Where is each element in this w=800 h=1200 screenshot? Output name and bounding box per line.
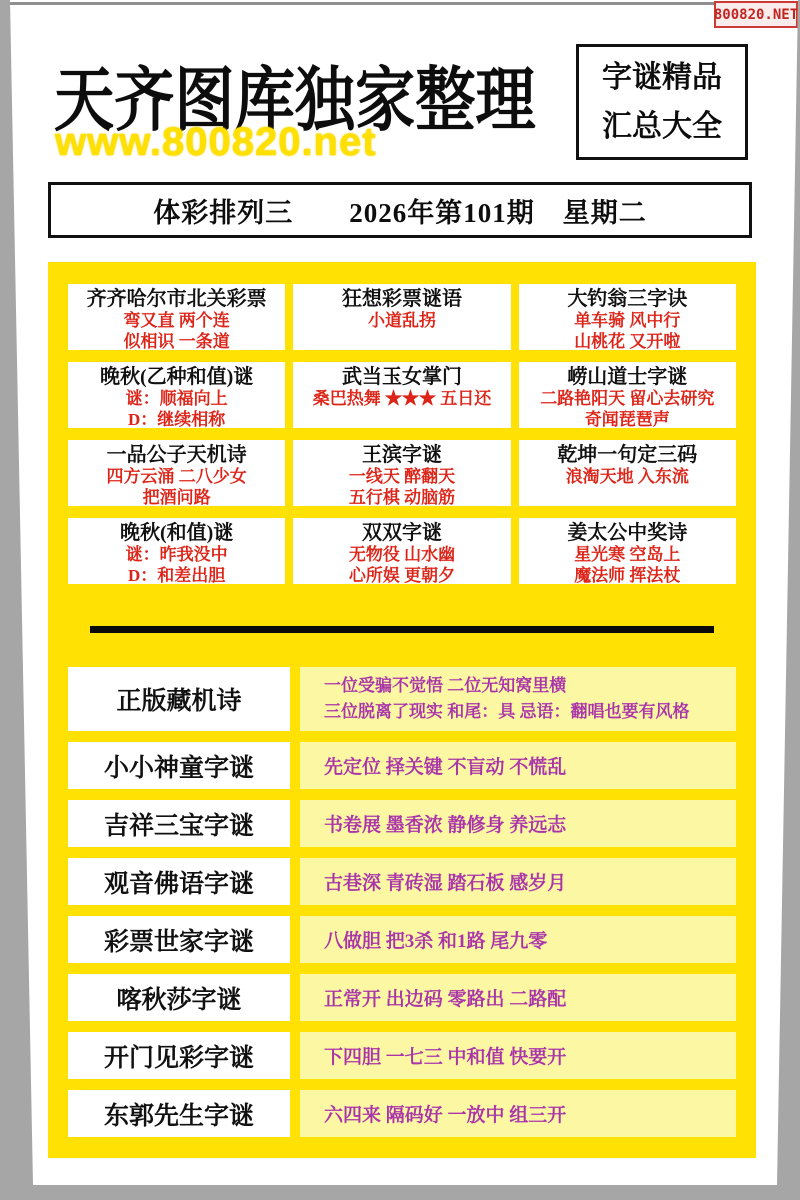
riddle-cell: 狂想彩票谜语小道乱拐	[293, 284, 510, 350]
riddle-cell: 晚秋(乙种和值)谜谜：顺福向上D：继续相称	[68, 362, 285, 428]
riddle-cell: 王滨字谜一线天 醉翻天五行棋 动脑筋	[293, 440, 510, 506]
riddle-cell-title: 双双字谜	[295, 521, 508, 545]
riddle-cell-clue: 山桃花 又开啦	[521, 332, 734, 350]
riddle-cell-clue: 五行棋 动脑筋	[295, 488, 508, 506]
list-row-title: 小小神童字谜	[68, 742, 290, 789]
list-row-title: 喀秋莎字谜	[68, 974, 290, 1021]
riddle-cell-title: 武当玉女掌门	[295, 365, 508, 389]
site-badge: 800820.NET	[714, 1, 798, 28]
list-row: 小小神童字谜先定位 择关键 不盲动 不慌乱	[68, 742, 736, 789]
list-row-title: 开门见彩字谜	[68, 1032, 290, 1079]
riddle-cell: 崂山道士字谜二路艳阳天 留心去研究奇闻琵琶声	[519, 362, 736, 428]
top-divider-line	[0, 2, 800, 5]
riddle-cell-title: 狂想彩票谜语	[295, 287, 508, 311]
riddle-cell-clue: 把酒问路	[70, 488, 283, 506]
riddle-cell: 大钓翁三字诀单车骑 风中行山桃花 又开啦	[519, 284, 736, 350]
riddle-cell: 一品公子天机诗四方云涌 二八少女把酒问路	[68, 440, 285, 506]
riddle-cell: 武当玉女掌门桑巴热舞 ★★★ 五日还	[293, 362, 510, 428]
riddle-cell-clue: 桑巴热舞 ★★★ 五日还	[295, 389, 508, 410]
list-row-clue: 古巷深 青砖湿 踏石板 感岁月	[300, 858, 736, 905]
sheet: 800820.NET 天齐图库独家整理 www.800820.net 字谜精品 …	[0, 0, 800, 1185]
list-row-clue: 六四来 隔码好 一放中 组三开	[300, 1090, 736, 1137]
riddle-cell-title: 一品公子天机诗	[70, 443, 283, 467]
riddle-grid: 齐齐哈尔市北关彩票弯又直 两个连似相识 一条道狂想彩票谜语小道乱拐大钓翁三字诀单…	[68, 284, 736, 584]
list-row-clue: 书卷展 墨香浓 静修身 养远志	[300, 800, 736, 847]
riddle-cell-clue: 浪淘天地 入东流	[521, 467, 734, 488]
category-box: 字谜精品 汇总大全	[576, 44, 748, 160]
riddle-cell-clue: 小道乱拐	[295, 311, 508, 332]
riddle-cell-title: 齐齐哈尔市北关彩票	[70, 287, 283, 311]
riddle-cell-clue: 无物役 山水幽	[295, 545, 508, 566]
list-row-title: 吉祥三宝字谜	[68, 800, 290, 847]
riddle-cell-clue: 星光寒 空岛上	[521, 545, 734, 566]
list-row-clue: 一位受骗不觉悟 二位无知窝里横三位脱离了现实 和尾：具 忌语：翻唱也要有风格	[300, 667, 736, 731]
list-row-clue-line: 书卷展 墨香浓 静修身 养远志	[324, 810, 736, 837]
riddle-cell-clue: 心所娱 更朝夕	[295, 566, 508, 584]
period-bar: 体彩排列三 2026年第101期 星期二	[48, 182, 752, 238]
list-row-title: 彩票世家字谜	[68, 916, 290, 963]
list-row-clue-line: 六四来 隔码好 一放中 组三开	[324, 1100, 736, 1127]
list-row-clue-line: 八做胆 把3杀 和1路 尾九零	[324, 926, 736, 953]
riddle-cell-clue: 四方云涌 二八少女	[70, 467, 283, 488]
riddle-cell-title: 晚秋(和值)谜	[70, 521, 283, 545]
riddle-cell-clue: 谜：顺福向上	[70, 389, 283, 410]
riddle-cell-clue: 奇闻琵琶声	[521, 410, 734, 428]
riddle-cell: 乾坤一句定三码浪淘天地 入东流	[519, 440, 736, 506]
riddle-cell-title: 崂山道士字谜	[521, 365, 734, 389]
list-row-clue-line: 一位受骗不觉悟 二位无知窝里横	[324, 673, 736, 699]
page-background: 800820.NET 天齐图库独家整理 www.800820.net 字谜精品 …	[0, 0, 800, 1200]
category-box-line2: 汇总大全	[602, 102, 722, 152]
list-row-title: 东郭先生字谜	[68, 1090, 290, 1137]
riddle-cell-clue: 弯又直 两个连	[70, 311, 283, 332]
list-row: 吉祥三宝字谜书卷展 墨香浓 静修身 养远志	[68, 800, 736, 847]
riddle-cell-title: 晚秋(乙种和值)谜	[70, 365, 283, 389]
riddle-cell-clue: D：继续相称	[70, 410, 283, 428]
list-row-clue-line: 正常开 出边码 零路出 二路配	[324, 984, 736, 1011]
list-row: 正版藏机诗一位受骗不觉悟 二位无知窝里横三位脱离了现实 和尾：具 忌语：翻唱也要…	[68, 667, 736, 731]
list-row-clue: 八做胆 把3杀 和1路 尾九零	[300, 916, 736, 963]
content-panel: 齐齐哈尔市北关彩票弯又直 两个连似相识 一条道狂想彩票谜语小道乱拐大钓翁三字诀单…	[48, 262, 756, 1158]
riddle-cell-clue: 谜：昨我没中	[70, 545, 283, 566]
list-row-clue: 先定位 择关键 不盲动 不慌乱	[300, 742, 736, 789]
riddle-cell-title: 大钓翁三字诀	[521, 287, 734, 311]
list-row-clue-line: 先定位 择关键 不盲动 不慌乱	[324, 752, 736, 779]
category-box-line1: 字谜精品	[602, 53, 722, 103]
riddle-cell-clue: 单车骑 风中行	[521, 311, 734, 332]
list-row-clue-line: 三位脱离了现实 和尾：具 忌语：翻唱也要有风格	[324, 699, 736, 725]
list-row-clue-line: 古巷深 青砖湿 踏石板 感岁月	[324, 868, 736, 895]
list-row: 喀秋莎字谜正常开 出边码 零路出 二路配	[68, 974, 736, 1021]
riddle-cell-clue: 魔法师 挥法杖	[521, 566, 734, 584]
list-row-clue: 正常开 出边码 零路出 二路配	[300, 974, 736, 1021]
riddle-cell-title: 姜太公中奖诗	[521, 521, 734, 545]
section-divider	[90, 626, 714, 633]
riddle-cell-clue: 似相识 一条道	[70, 332, 283, 350]
riddle-cell: 姜太公中奖诗星光寒 空岛上魔法师 挥法杖	[519, 518, 736, 584]
list-row-title: 观音佛语字谜	[68, 858, 290, 905]
riddle-cell-clue: D：和差出胆	[70, 566, 283, 584]
list-row-title: 正版藏机诗	[68, 667, 290, 731]
site-url[interactable]: www.800820.net	[55, 120, 377, 165]
list-row: 开门见彩字谜下四胆 一七三 中和值 快要开	[68, 1032, 736, 1079]
riddle-cell-title: 乾坤一句定三码	[521, 443, 734, 467]
list-row: 彩票世家字谜八做胆 把3杀 和1路 尾九零	[68, 916, 736, 963]
list-row: 东郭先生字谜六四来 隔码好 一放中 组三开	[68, 1090, 736, 1137]
riddle-cell: 齐齐哈尔市北关彩票弯又直 两个连似相识 一条道	[68, 284, 285, 350]
riddle-cell-clue: 二路艳阳天 留心去研究	[521, 389, 734, 410]
list-row: 观音佛语字谜古巷深 青砖湿 踏石板 感岁月	[68, 858, 736, 905]
riddle-cell-title: 王滨字谜	[295, 443, 508, 467]
riddle-cell: 晚秋(和值)谜谜：昨我没中D：和差出胆	[68, 518, 285, 584]
riddle-cell-clue: 一线天 醉翻天	[295, 467, 508, 488]
list-row-clue: 下四胆 一七三 中和值 快要开	[300, 1032, 736, 1079]
riddle-list: 正版藏机诗一位受骗不觉悟 二位无知窝里横三位脱离了现实 和尾：具 忌语：翻唱也要…	[68, 667, 736, 1137]
list-row-clue-line: 下四胆 一七三 中和值 快要开	[324, 1042, 736, 1069]
riddle-cell: 双双字谜无物役 山水幽心所娱 更朝夕	[293, 518, 510, 584]
